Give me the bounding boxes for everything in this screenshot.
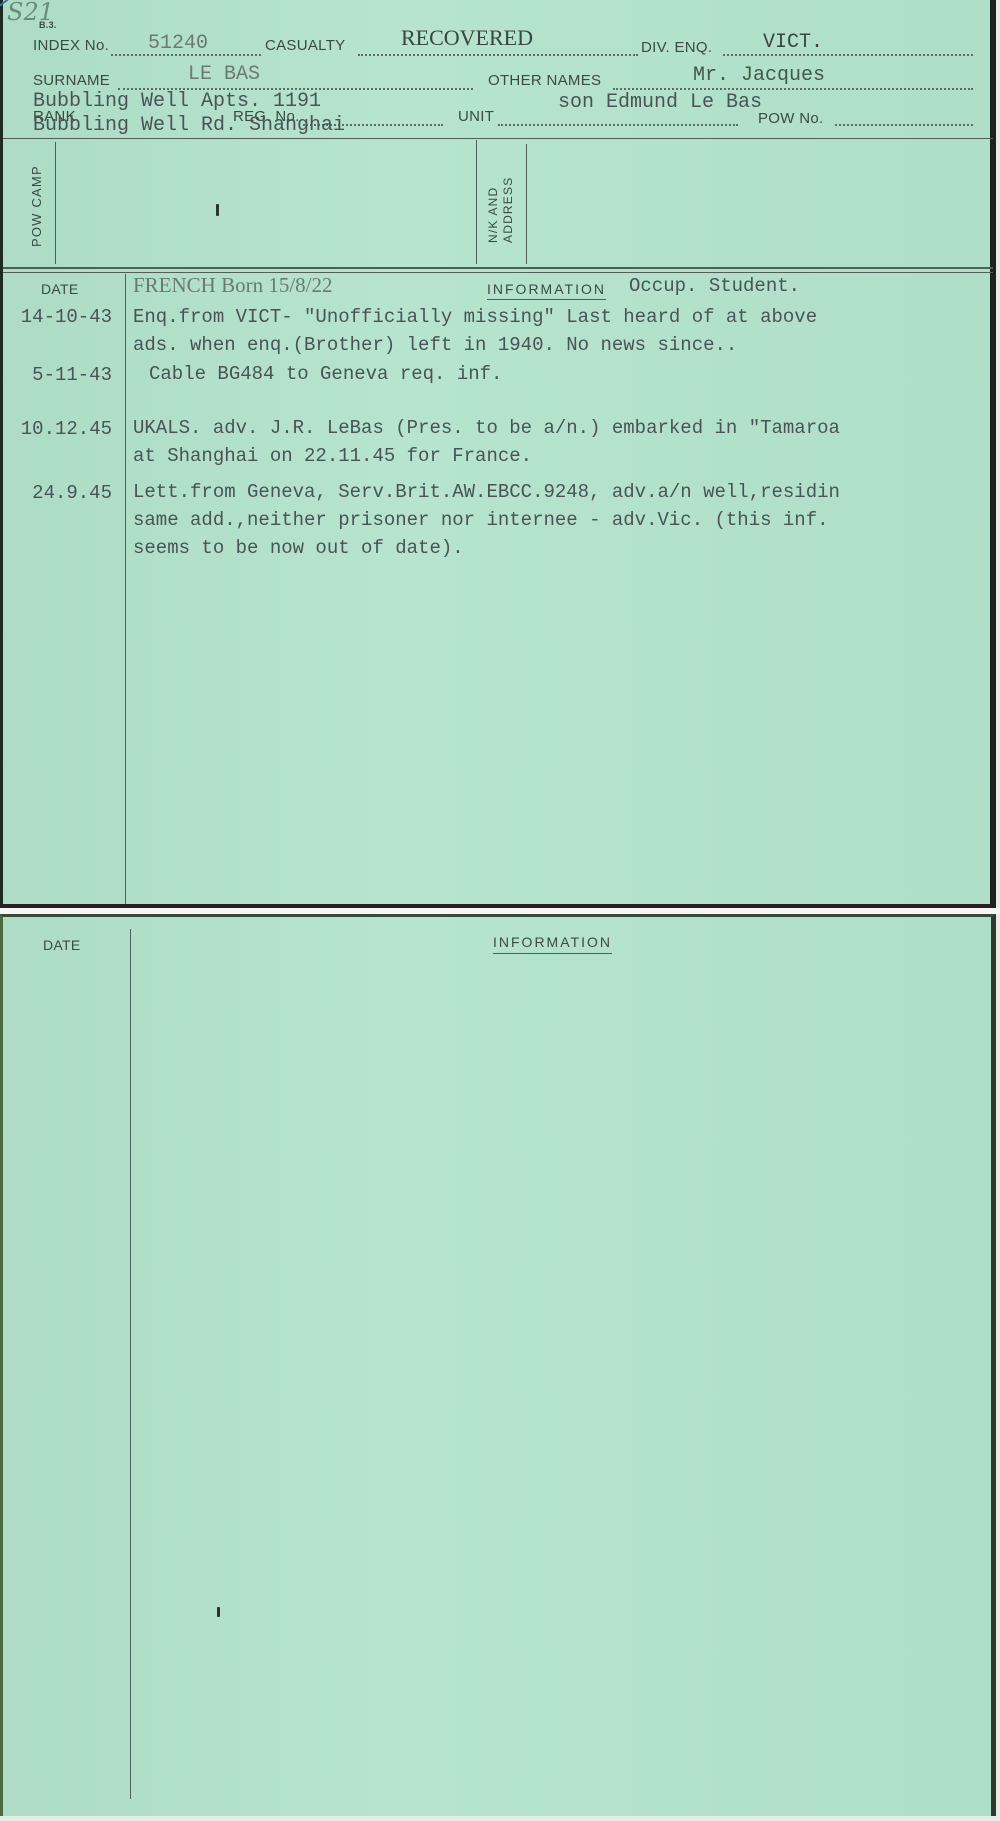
entry-line: Enq.from VICT- "Unofficially missing" La…: [133, 303, 817, 332]
div-enq-value: VICT.: [763, 31, 823, 54]
entry-date: 5-11-43: [32, 364, 112, 386]
unit-note: son Edmund Le Bas: [558, 91, 762, 114]
form-code: B.3.: [39, 20, 57, 30]
back-information-header: INFORMATION: [493, 934, 612, 954]
surname-label: SURNAME: [33, 72, 110, 89]
nk-address-label-2: ADDRESS: [501, 177, 515, 243]
entry-date: 24.9.45: [32, 482, 112, 504]
record-card-front: S21 B.3. INDEX No. 51240 CASUALTY RECOVE…: [0, 0, 996, 908]
div-enq-label: DIV. ENQ.: [641, 39, 712, 56]
pow-no-label: POW No.: [758, 110, 823, 127]
back-date-header: DATE: [43, 937, 81, 953]
entry-line: UKALS. adv. J.R. LeBas (Pres. to be a/n.…: [133, 414, 840, 443]
address-line-2: Bubbling Well Rd. Shanghai: [33, 114, 345, 137]
entry-line: at Shanghai on 22.11.45 for France.: [133, 442, 532, 471]
entry-line: seems to be now out of date).: [133, 534, 464, 563]
entry-line: same add.,neither prisoner nor internee …: [133, 506, 829, 535]
pow-camp-label: POW CAMP: [29, 165, 44, 247]
entry-date: 10.12.45: [21, 418, 112, 440]
other-names-label: OTHER NAMES: [488, 72, 601, 89]
index-no-value: 51240: [148, 32, 208, 55]
other-names-value: Mr. Jacques: [693, 64, 825, 87]
header-note-right: Occup. Student.: [629, 275, 800, 297]
header-note-left: FRENCH Born 15/8/22: [133, 273, 333, 298]
nk-address-label-1: N/K AND: [486, 187, 500, 243]
entry-line: Lett.from Geneva, Serv.Brit.AW.EBCC.9248…: [133, 478, 840, 507]
information-header: INFORMATION: [487, 281, 606, 300]
entry-date: 14-10-43: [21, 306, 112, 328]
entry-line: Cable BG484 to Geneva req. inf.: [149, 360, 502, 389]
entry-line: ads. when enq.(Brother) left in 1940. No…: [133, 331, 737, 360]
index-no-label: INDEX No.: [33, 37, 109, 54]
casualty-label: CASUALTY: [265, 37, 345, 54]
date-header: DATE: [41, 281, 79, 297]
casualty-value: RECOVERED: [401, 25, 533, 51]
unit-label: UNIT: [458, 108, 494, 125]
surname-value: LE BAS: [188, 63, 260, 86]
record-card-back: DATE INFORMATION: [0, 914, 996, 1816]
